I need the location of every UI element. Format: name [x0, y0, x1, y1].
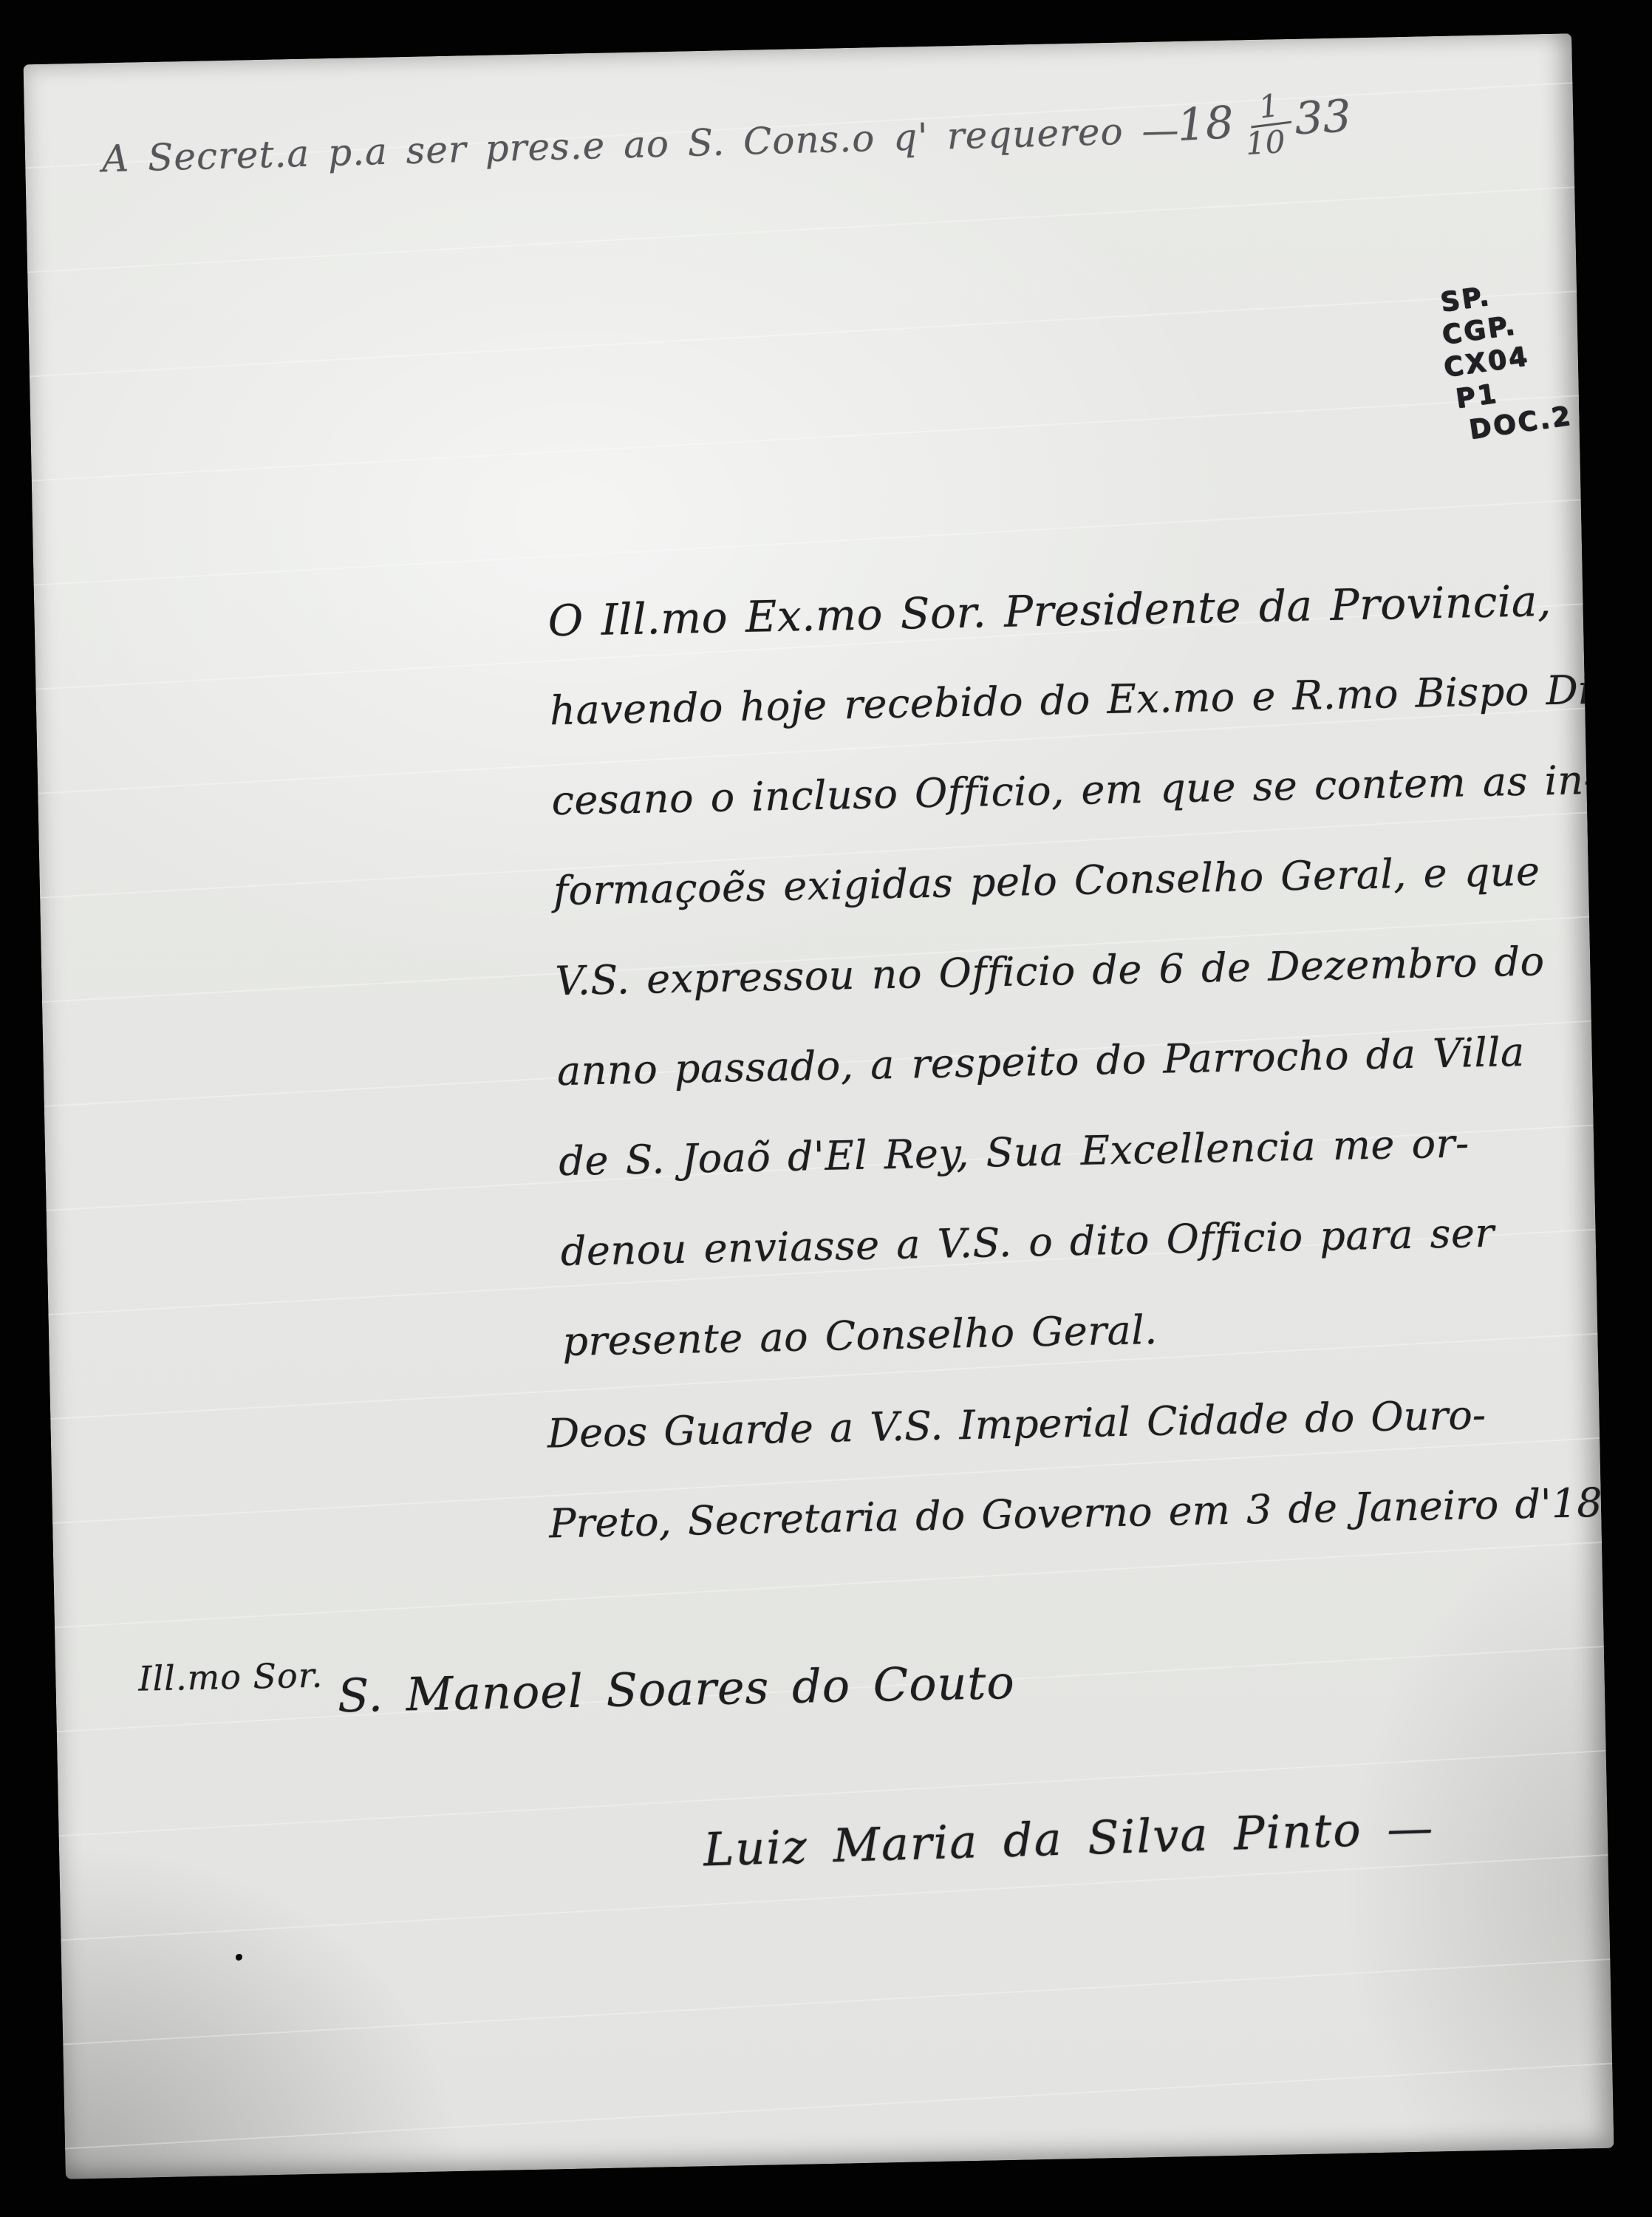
scanned-letter: A Secret.a p.a ser pres.e ao S. Cons.o q…	[0, 0, 1652, 2217]
addressee-name: S. Manoel Soares do Couto	[337, 1655, 1015, 1723]
routing-date-year: 33	[1293, 90, 1352, 145]
secretarial-routing-note: A Secret.a p.a ser pres.e ao S. Cons.o q…	[101, 109, 1180, 180]
routing-date-month: 10	[1245, 125, 1286, 160]
routing-date-century: 18	[1176, 96, 1235, 151]
letter-closing: Deos Guarde a V.S. Imperial Cidade do Ou…	[547, 1368, 1614, 1570]
letter-body: O Ill.mo Ex.mo Sor. Presidente da Provin…	[547, 555, 1605, 1387]
routing-date: 18 1 10 33	[1175, 82, 1353, 159]
addressee-salutation: Ill.mo Sor.	[138, 1655, 324, 1699]
document-page: A Secret.a p.a ser pres.e ao S. Cons.o q…	[23, 33, 1614, 2179]
routing-date-day: 1	[1247, 89, 1291, 128]
addressee-line: Ill.mo Sor. S. Manoel Soares do Couto	[138, 1641, 1016, 1727]
signature: Luiz Maria da Silva Pinto —	[703, 1800, 1435, 1876]
routing-date-fraction: 1 10	[1243, 90, 1287, 160]
archive-reference-stamp: SP. CGP. CX04 P1 DOC.2	[1438, 271, 1574, 449]
